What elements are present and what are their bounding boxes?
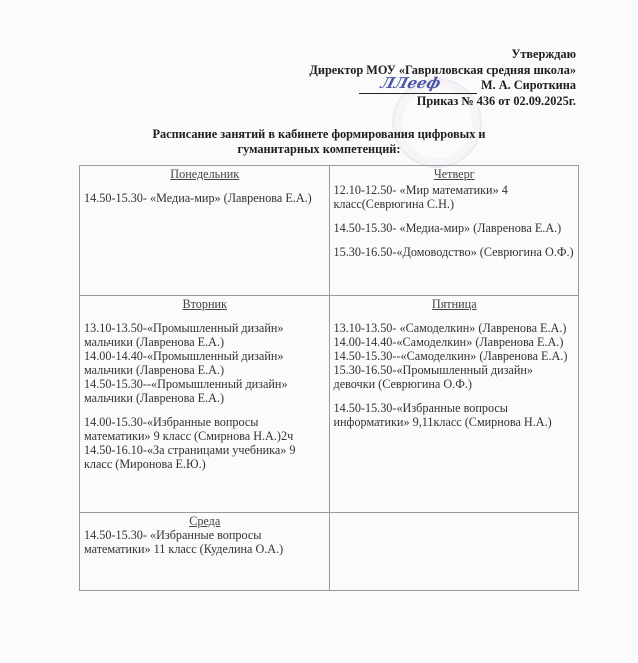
schedule-entry: 13.10-13.50-«Промышленный дизайн» мальчи…	[84, 321, 326, 349]
schedule-entry: 14.00-15.30-«Избранные вопросы математик…	[84, 415, 326, 443]
schedule-entry: 14.50-16.10-«За страницами учебника» 9 к…	[84, 443, 326, 471]
signature-line: ЛЛееф	[359, 81, 477, 94]
schedule-entry: 14.00-14.40-«Самоделкин» (Лавренова Е.А.…	[334, 335, 576, 349]
approval-block: Утверждаю Директор МОУ «Гавриловская сре…	[309, 47, 576, 109]
signatory-name: М. А. Сироткина	[481, 78, 576, 92]
cell-wednesday: Среда 14.50-15.30- «Избранные вопросы ма…	[80, 513, 330, 591]
signature: ЛЛееф	[379, 76, 442, 92]
director-title: Директор МОУ «Гавриловская средняя школа…	[309, 63, 576, 79]
cell-thursday: Четверг 12.10-12.50- «Мир математики» 4 …	[329, 166, 579, 296]
schedule-entry: 14.50-15.30- «Медиа-мир» (Лавренова Е.А.…	[334, 221, 576, 235]
schedule-entry: 14.50-15.30--«Самоделкин» (Лавренова Е.А…	[334, 349, 576, 363]
schedule-entry: 12.10-12.50- «Мир математики» 4 класс(Се…	[334, 183, 576, 211]
table-row: Понедельник 14.50-15.30- «Медиа-мир» (Ла…	[80, 166, 579, 296]
schedule-entry: 14.50-15.30-«Избранные вопросы информати…	[334, 401, 576, 429]
table-row: Среда 14.50-15.30- «Избранные вопросы ма…	[80, 513, 579, 591]
cell-tuesday: Вторник 13.10-13.50-«Промышленный дизайн…	[80, 296, 330, 513]
schedule-entry: 14.00-14.40-«Промышленный дизайн» мальчи…	[84, 349, 326, 377]
title-line-1: Расписание занятий в кабинете формирован…	[80, 127, 558, 142]
schedule-entry: 14.50-15.30--«Промышленный дизайн» мальч…	[84, 377, 326, 405]
order-number: Приказ № 436 от 02.09.2025г.	[309, 94, 576, 110]
day-heading: Пятница	[334, 297, 576, 311]
title-line-2: гуманитарных компетенций:	[80, 142, 558, 157]
day-heading: Вторник	[84, 297, 326, 311]
day-heading: Понедельник	[84, 167, 326, 181]
approval-heading: Утверждаю	[309, 47, 576, 63]
schedule-entry: 14.50-15.30- «Избранные вопросы математи…	[84, 528, 326, 556]
signature-row: ЛЛеефМ. А. Сироткина	[309, 78, 576, 94]
schedule-entry: 15.30-16.50-«Промышленный дизайн» девочк…	[334, 363, 576, 391]
table-row: Вторник 13.10-13.50-«Промышленный дизайн…	[80, 296, 579, 513]
schedule-entry: 13.10-13.50- «Самоделкин» (Лавренова Е.А…	[334, 321, 576, 335]
day-heading: Среда	[84, 514, 326, 528]
cell-monday: Понедельник 14.50-15.30- «Медиа-мир» (Ла…	[80, 166, 330, 296]
schedule-entry: 14.50-15.30- «Медиа-мир» (Лавренова Е.А.…	[84, 191, 326, 205]
day-heading: Четверг	[334, 167, 576, 181]
cell-empty	[329, 513, 579, 591]
schedule-entry: 15.30-16.50-«Домоводство» (Севрюгина О.Ф…	[334, 245, 576, 259]
document-title: Расписание занятий в кабинете формирован…	[80, 127, 558, 157]
schedule-table: Понедельник 14.50-15.30- «Медиа-мир» (Ла…	[79, 165, 579, 591]
cell-friday: Пятница 13.10-13.50- «Самоделкин» (Лавре…	[329, 296, 579, 513]
